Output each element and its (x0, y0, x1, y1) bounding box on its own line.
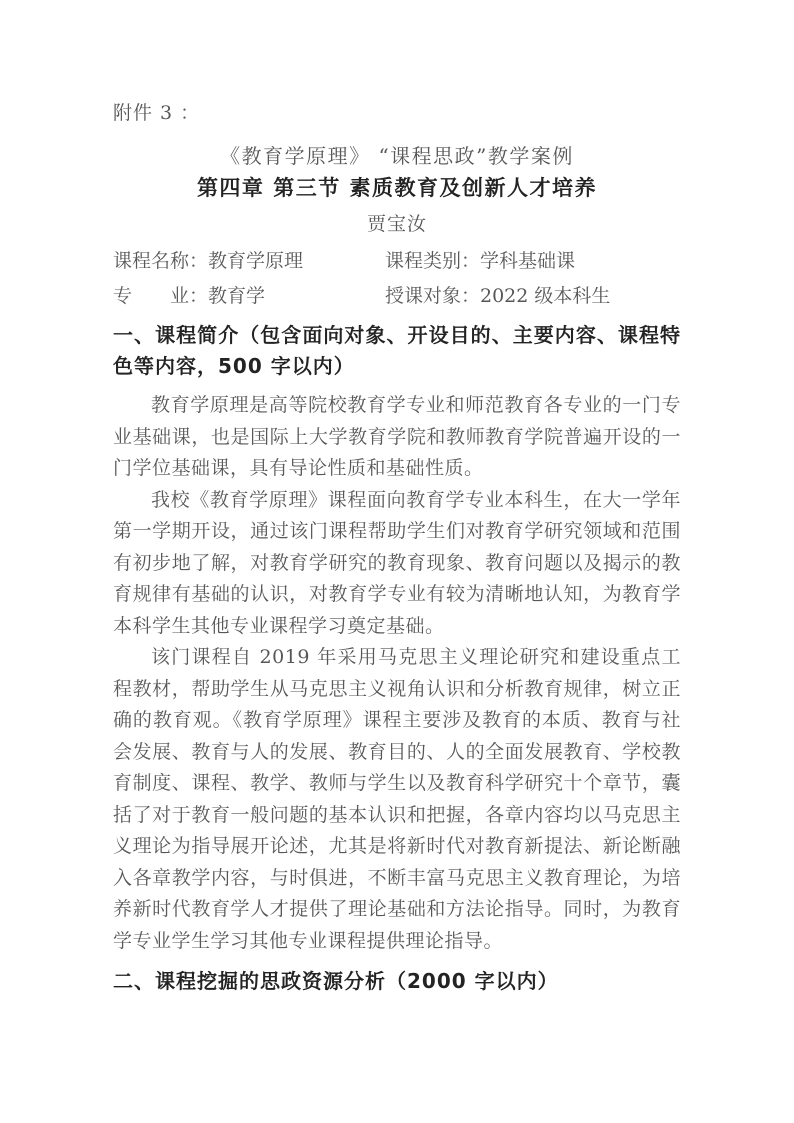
document-title: 《教育学原理》 “课程思政”教学案例 (113, 144, 681, 168)
paragraph: 我校《教育学原理》课程面向教育学专业本科生，在大一学年第一学期开设，通过该门课程… (113, 485, 681, 643)
section-course-intro: 一、课程简介（包含面向对象、开设目的、主要内容、课程特色等内容，500 字以内）… (113, 320, 681, 957)
section-heading: 一、课程简介（包含面向对象、开设目的、主要内容、课程特色等内容，500 字以内） (113, 320, 681, 382)
document-page: 附件 3 ： 《教育学原理》 “课程思政”教学案例 第四章 第三节 素质教育及创… (0, 0, 794, 1123)
course-name-field: 课程名称：教育学原理 (113, 250, 385, 272)
attachment-label: 附件 3 ： (113, 102, 681, 124)
paragraph: 教育学原理是高等院校教育学专业和师范教育各专业的一门专业基础课，也是国际上大学教… (113, 390, 681, 485)
section-heading: 二、课程挖掘的思政资源分析（2000 字以内） (113, 966, 681, 997)
section-ideological-resources: 二、课程挖掘的思政资源分析（2000 字以内） (113, 966, 681, 997)
audience-field: 授课对象：2022 级本科生 (385, 285, 681, 307)
course-info-row: 专 业：教育学 授课对象：2022 级本科生 (113, 285, 681, 307)
paragraph: 该门课程自 2019 年采用马克思主义理论研究和建设重点工程教材，帮助学生从马克… (113, 642, 681, 957)
course-category-field: 课程类别：学科基础课 (385, 250, 681, 272)
course-info: 课程名称：教育学原理 课程类别：学科基础课 专 业：教育学 授课对象：2022 … (113, 250, 681, 307)
course-info-row: 课程名称：教育学原理 课程类别：学科基础课 (113, 250, 681, 272)
author-name: 贾宝汝 (113, 212, 681, 236)
chapter-title: 第四章 第三节 素质教育及创新人才培养 (113, 175, 681, 201)
major-field: 专 业：教育学 (113, 285, 385, 307)
